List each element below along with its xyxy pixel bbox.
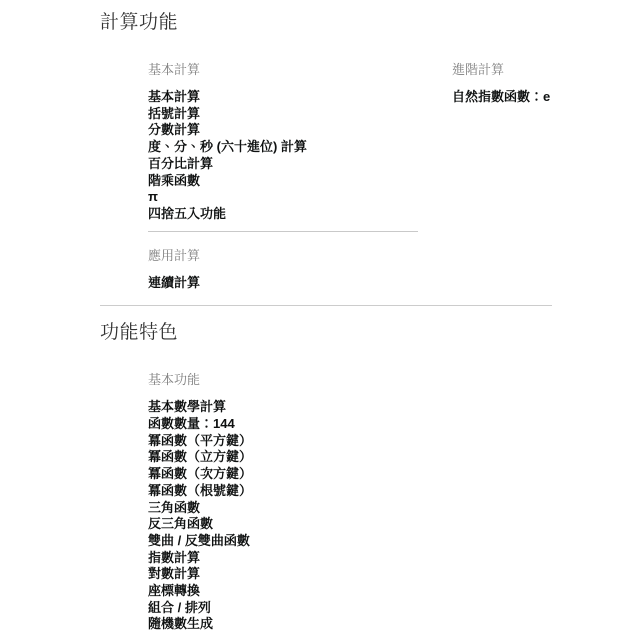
divider-left-column xyxy=(148,231,418,232)
spec-item: 冪函數（根號鍵） xyxy=(148,483,640,500)
spacer xyxy=(100,34,640,62)
spec-item: 四捨五入功能 xyxy=(148,206,452,223)
spacer xyxy=(100,344,640,372)
group-label-basic-functions: 基本功能 xyxy=(148,372,640,388)
spec-item: 雙曲 / 反雙曲函數 xyxy=(148,533,640,550)
spec-item: 自然指數函數：e xyxy=(452,89,640,106)
calculation-columns: 基本計算 基本計算括號計算分數計算度、分、秒 (六十進位) 計算百分比計算階乘函… xyxy=(148,62,640,223)
spec-item: 隨機數生成 xyxy=(148,616,640,633)
spec-item: 度、分、秒 (六十進位) 計算 xyxy=(148,139,452,156)
group-label-applied-calculation: 應用計算 xyxy=(148,248,640,264)
group-label-advanced-calculation: 進階計算 xyxy=(452,62,640,78)
product-spec-page: 計算功能 基本計算 基本計算括號計算分數計算度、分、秒 (六十進位) 計算百分比… xyxy=(0,0,640,640)
spec-item: 指數計算 xyxy=(148,550,640,567)
calculation-section-body: 基本計算 基本計算括號計算分數計算度、分、秒 (六十進位) 計算百分比計算階乘函… xyxy=(148,62,640,291)
basic-calculation-group: 基本計算 基本計算括號計算分數計算度、分、秒 (六十進位) 計算百分比計算階乘函… xyxy=(148,62,452,223)
section-feature-highlights: 功能特色 基本功能 基本數學計算函數數量：144冪函數（平方鍵）冪函數（立方鍵）… xyxy=(100,321,640,633)
spec-item: 基本數學計算 xyxy=(148,399,640,416)
spec-item: 分數計算 xyxy=(148,122,452,139)
spec-item: 反三角函數 xyxy=(148,516,640,533)
spec-item: 冪函數（平方鍵） xyxy=(148,433,640,450)
spec-item: 基本計算 xyxy=(148,89,452,106)
spec-item: 函數數量：144 xyxy=(148,416,640,433)
spec-item: 對數計算 xyxy=(148,566,640,583)
spec-item: π xyxy=(148,189,452,206)
section-title-features: 功能特色 xyxy=(100,321,640,344)
spec-item: 括號計算 xyxy=(148,106,452,123)
advanced-calculation-group: 進階計算 自然指數函數：e xyxy=(452,62,640,106)
spec-item: 百分比計算 xyxy=(148,156,452,173)
group-label-basic-calculation: 基本計算 xyxy=(148,62,452,78)
applied-calculation-group: 應用計算 連續計算 xyxy=(148,248,640,292)
features-section-body: 基本功能 基本數學計算函數數量：144冪函數（平方鍵）冪函數（立方鍵）冪函數（次… xyxy=(148,372,640,633)
spec-item: 階乘函數 xyxy=(148,173,452,190)
spec-item: 冪函數（立方鍵） xyxy=(148,449,640,466)
section-title-calculation: 計算功能 xyxy=(100,11,640,34)
spec-list-basic-functions: 基本數學計算函數數量：144冪函數（平方鍵）冪函數（立方鍵）冪函數（次方鍵）冪函… xyxy=(148,399,640,633)
spec-list-applied-calculation: 連續計算 xyxy=(148,275,640,292)
spec-list-basic-calculation: 基本計算括號計算分數計算度、分、秒 (六十進位) 計算百分比計算階乘函數π四捨五… xyxy=(148,89,452,223)
divider-section xyxy=(100,305,552,306)
spec-item: 座標轉換 xyxy=(148,583,640,600)
spec-list-advanced-calculation: 自然指數函數：e xyxy=(452,89,640,106)
spec-item: 連續計算 xyxy=(148,275,640,292)
section-calculation-functions: 計算功能 基本計算 基本計算括號計算分數計算度、分、秒 (六十進位) 計算百分比… xyxy=(100,11,640,291)
basic-functions-group: 基本功能 基本數學計算函數數量：144冪函數（平方鍵）冪函數（立方鍵）冪函數（次… xyxy=(148,372,640,633)
spec-item: 組合 / 排列 xyxy=(148,600,640,617)
spec-item: 三角函數 xyxy=(148,500,640,517)
spec-item: 冪函數（次方鍵） xyxy=(148,466,640,483)
